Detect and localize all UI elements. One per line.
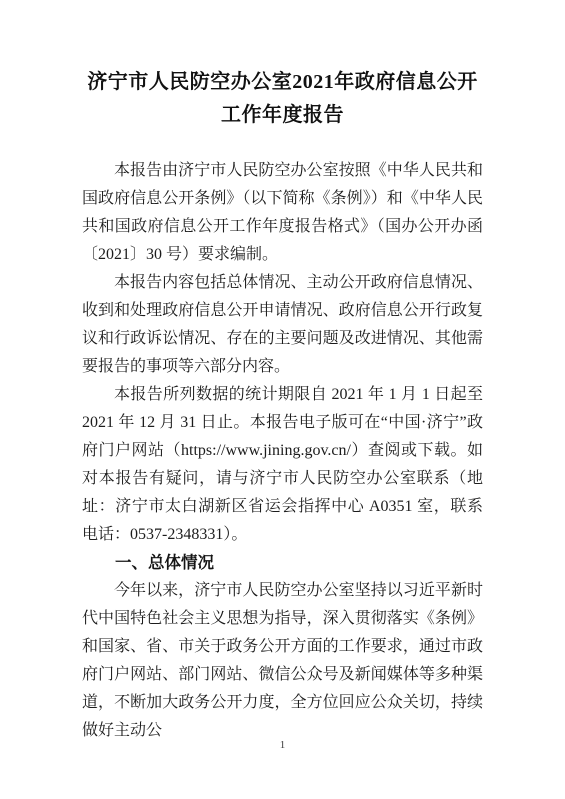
paragraph-report-contents: 本报告内容包括总体情况、主动公开政府信息情况、收到和处理政府信息公开申请情况、政… xyxy=(82,269,483,381)
page-title: 济宁市人民防空办公室2021年政府信息公开工作年度报告 xyxy=(81,66,484,132)
page-number: 1 xyxy=(0,738,565,752)
document-page: 济宁市人民防空办公室2021年政府信息公开工作年度报告 本报告由济宁市人民防空办… xyxy=(0,0,565,799)
section-heading-overall-situation: 一、总体情况 xyxy=(82,549,483,577)
paragraph-overall-situation-intro: 今年以来，济宁市人民防空办公室坚持以习近平新时代中国特色社会主义思想为指导，深入… xyxy=(82,577,483,745)
paragraph-compilation-basis: 本报告由济宁市人民防空办公室按照《中华人民共和国政府信息公开条例》（以下简称《条… xyxy=(82,157,483,269)
document-body: 本报告由济宁市人民防空办公室按照《中华人民共和国政府信息公开条例》（以下简称《条… xyxy=(82,157,483,745)
paragraph-statistics-period-contact: 本报告所列数据的统计期限自 2021 年 1 月 1 日起至 2021 年 12… xyxy=(82,381,483,549)
